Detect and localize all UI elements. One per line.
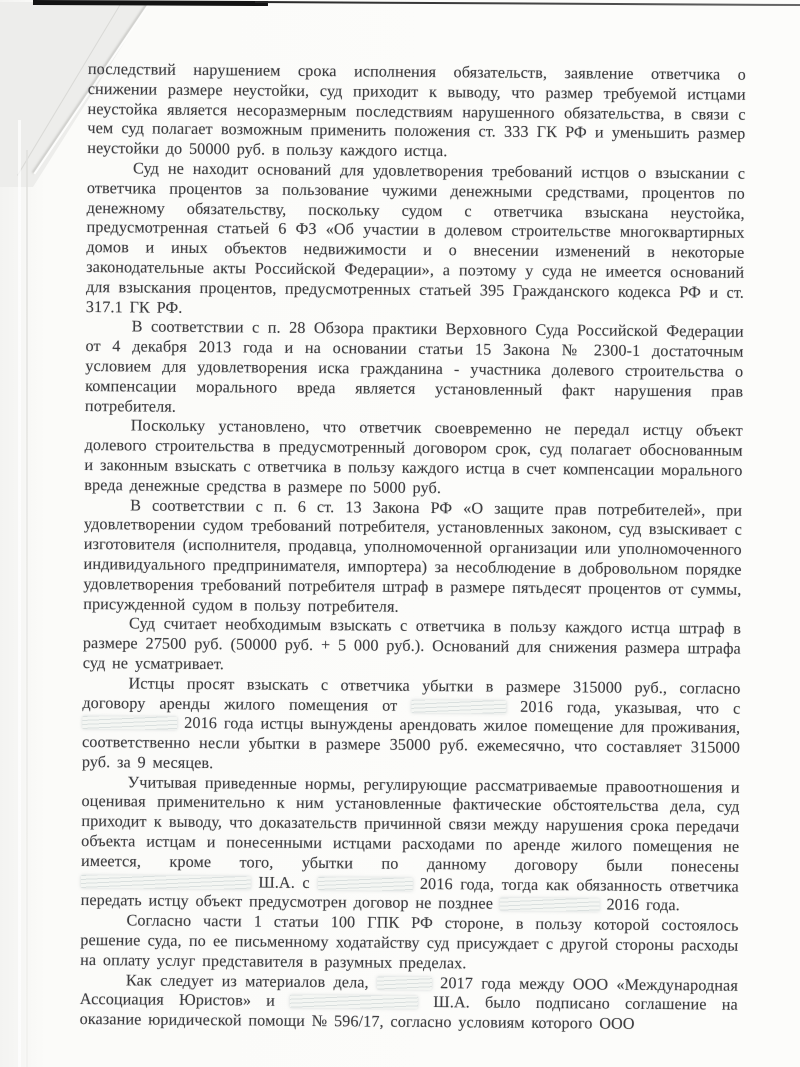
redaction-mark	[290, 995, 418, 1009]
redaction-mark	[411, 699, 506, 713]
paragraph-5: В соответствии с п. 6 ст. 13 Закона РФ «…	[83, 496, 742, 621]
paragraph-1: последствий нарушением срока исполнения …	[87, 60, 746, 165]
redaction-mark	[82, 716, 177, 730]
redaction-mark	[377, 976, 432, 989]
page-fold-shadow	[26, 150, 28, 1067]
paragraph-9: Согласно части 1 статьи 100 ГПК РФ сторо…	[80, 911, 738, 976]
scan-edge-top-dark	[33, 0, 268, 6]
document-body: последствий нарушением срока исполнения …	[80, 60, 746, 1036]
paragraph-4: Поскольку установлено, что ответчик свое…	[84, 416, 743, 501]
paragraph-3: В соответствии с п. 28 Обзора практики В…	[85, 317, 744, 422]
paragraph-7: Истцы просят взыскать с ответчика убытки…	[82, 674, 741, 779]
paragraph-10: Как следует из материалов дела, 2017 год…	[80, 971, 738, 1036]
redaction-mark	[81, 875, 251, 889]
redaction-mark	[317, 877, 412, 891]
paragraph-2: Суд не находит оснований для удовлетворе…	[86, 159, 745, 323]
paragraph-6: Суд считает необходимым взыскать с ответ…	[83, 614, 741, 679]
paragraph-8: Учитывая приведенные нормы, регулирующие…	[81, 773, 740, 917]
page-left-highlight	[18, 120, 21, 1067]
redaction-mark	[500, 898, 600, 912]
